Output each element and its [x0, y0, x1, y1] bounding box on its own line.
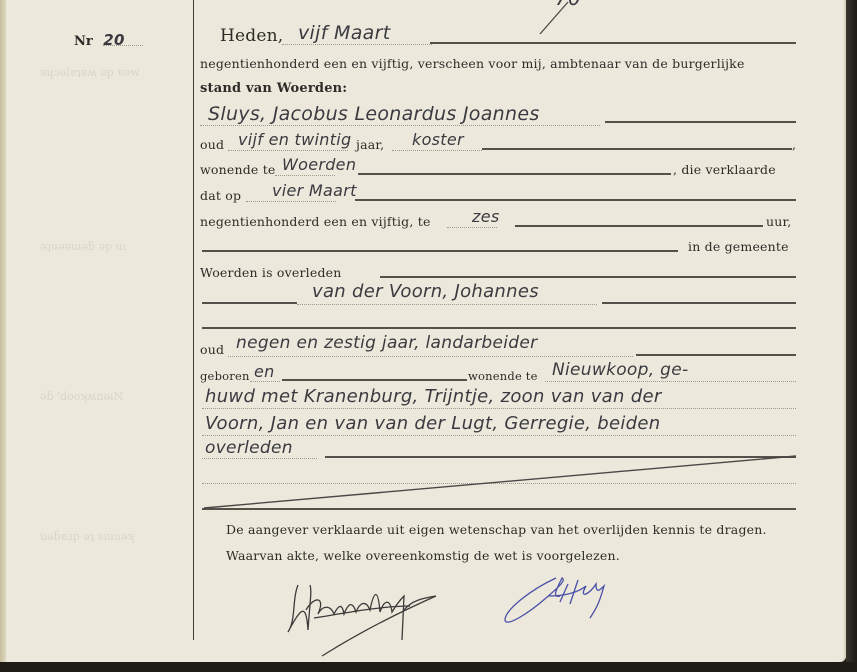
strike-through-line	[204, 456, 796, 508]
declarant-signature	[505, 578, 604, 622]
annotation-stroke	[540, 2, 568, 34]
official-signature	[288, 585, 436, 656]
page-bottom-shadow	[0, 662, 857, 672]
strokes-overlay	[0, 0, 857, 672]
page-edge-shadow	[846, 0, 857, 672]
